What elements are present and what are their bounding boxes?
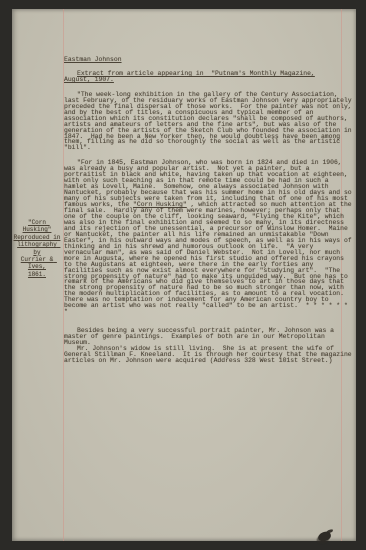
paper-page: Eastman Johnson Extract from article app… bbox=[12, 9, 356, 541]
ink-smudge bbox=[317, 531, 332, 543]
margin-note-line: lithography by bbox=[12, 241, 62, 256]
typed-text-block: Eastman Johnson Extract from article app… bbox=[64, 57, 353, 364]
document-scan: Eastman Johnson Extract from article app… bbox=[0, 0, 366, 550]
margin-note-line: Reproduced in bbox=[12, 234, 62, 241]
paragraph-2-text-after: , which attracted so much attention at t… bbox=[64, 201, 355, 315]
paragraph-2: "For in 1845, Eastman Johnson, who was b… bbox=[64, 160, 353, 315]
document-heading: Extract from article appearing in "Putna… bbox=[64, 71, 353, 83]
paragraph-3: Besides being a very successful portrait… bbox=[64, 328, 353, 346]
margin-note-line: "Corn Husking" bbox=[12, 219, 62, 234]
paragraph-1: "The week-long exhibition in the gallery… bbox=[64, 92, 353, 152]
margin-note-line: Currier & Ives, bbox=[12, 256, 62, 271]
paragraph-4: Mr. Johnson's widow is still living. She… bbox=[64, 346, 353, 364]
margin-note-line: 1861. bbox=[12, 271, 62, 278]
margin-annotation: "Corn Husking" Reproduced in lithography… bbox=[12, 219, 62, 278]
document-title: Eastman Johnson bbox=[64, 57, 127, 63]
